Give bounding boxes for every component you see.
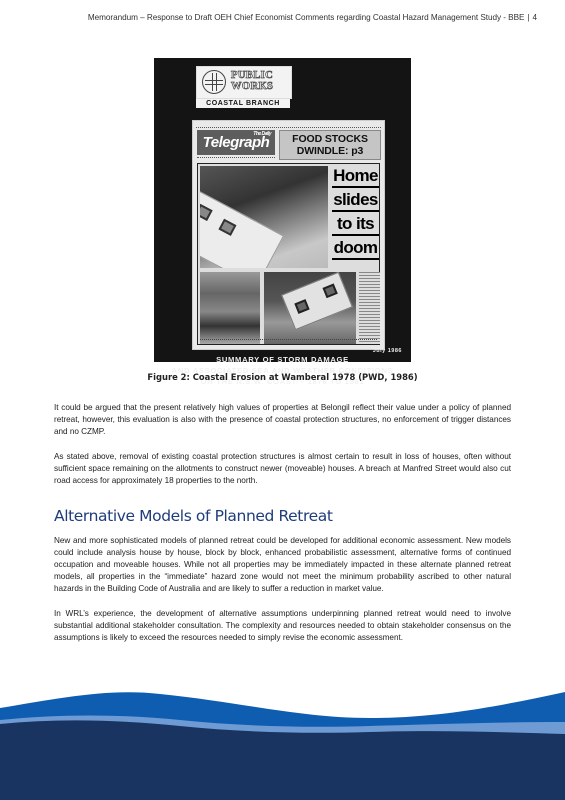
paragraph: It could be argued that the present rela… [54, 402, 511, 438]
newspaper-footer-rule [200, 339, 377, 343]
newspaper-dateline [197, 157, 275, 161]
newspaper-column-text [359, 272, 380, 344]
figure-date: July 1986 [373, 348, 402, 354]
footer-wave-decoration [0, 680, 565, 800]
figure-image: Public Works COASTAL BRANCH The Daily Te… [154, 58, 411, 362]
logo-text: Public Works [231, 70, 289, 92]
masthead-small: The Daily [253, 131, 271, 137]
section-heading: Alternative Models of Planned Retreat [54, 507, 333, 525]
newspaper-top-rule [196, 124, 381, 128]
box-headline-line1: FOOD STOCKS [280, 133, 380, 145]
window-icon [218, 219, 236, 236]
window-icon [200, 204, 213, 221]
page-header: Memorandum – Response to Draft OEH Chief… [40, 13, 537, 22]
document-title: Memorandum – Response to Draft OEH Chief… [88, 13, 525, 22]
main-photo [200, 166, 328, 268]
main-headline: Home slides to its doom [332, 166, 379, 268]
paragraph: In WRL’s experience, the development of … [54, 608, 511, 644]
headline-word: to its [332, 214, 379, 236]
secondary-photo-right [264, 272, 356, 344]
public-works-logo: Public Works [196, 66, 292, 99]
tilted-house [200, 188, 284, 268]
headline-word: slides [332, 190, 379, 212]
secondary-photo-left [200, 272, 260, 344]
newspaper-body: Home slides to its doom [197, 163, 380, 345]
collapsed-house [281, 272, 353, 330]
header-separator: | [527, 13, 529, 22]
page-number: 4 [532, 13, 537, 22]
emblem-icon [202, 70, 226, 94]
figure-summary: SUMMARY OF STORM DAMAGE AND ASSOCIATED S… [154, 354, 411, 387]
window-icon [294, 299, 309, 314]
headline-word: doom [332, 238, 379, 260]
window-icon [323, 283, 338, 298]
headline-word: Home [332, 166, 379, 188]
paragraph: As stated above, removal of existing coa… [54, 451, 511, 487]
summary-line: SUMMARY OF STORM DAMAGE [154, 354, 411, 365]
paragraph: New and more sophisticated models of pla… [54, 535, 511, 595]
box-headline: FOOD STOCKS DWINDLE: p3 [279, 130, 381, 160]
newspaper-front-page: The Daily Telegraph FOOD STOCKS DWINDLE:… [192, 120, 385, 350]
newspaper-masthead: The Daily Telegraph [197, 130, 275, 155]
box-headline-line2: DWINDLE: p3 [280, 145, 380, 157]
figure-caption: Figure 2: Coastal Erosion at Wamberal 19… [0, 372, 565, 382]
branch-label: COASTAL BRANCH [196, 99, 290, 108]
